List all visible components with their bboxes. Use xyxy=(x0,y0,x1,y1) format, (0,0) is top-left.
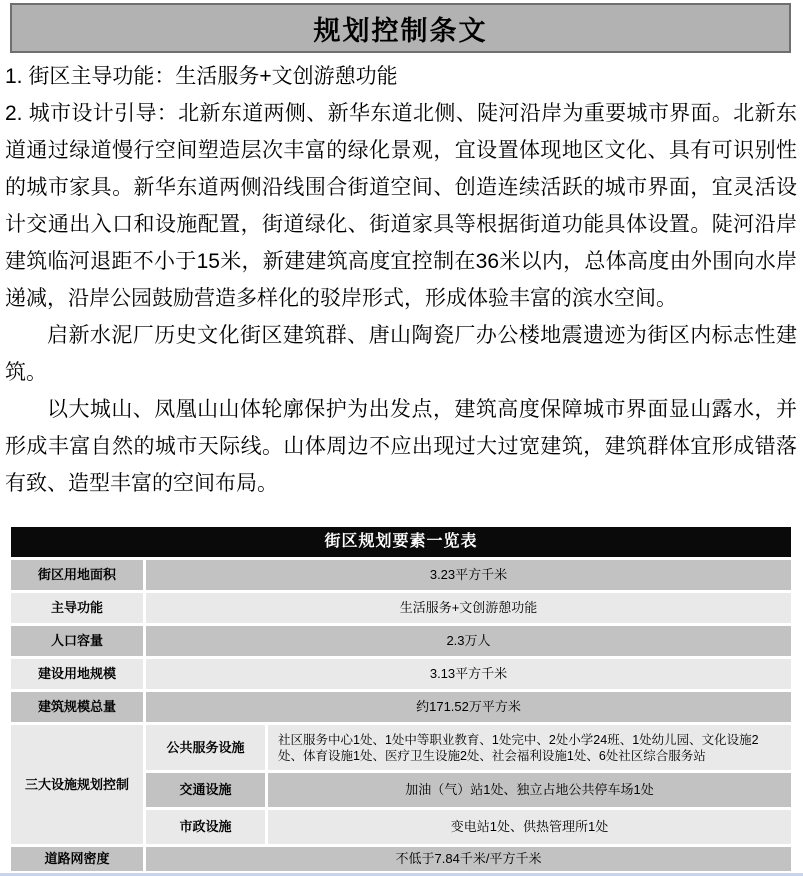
subrow-value-municipal: 变电站1处、供热管理所1处 xyxy=(268,810,791,844)
subrow-value-public-services: 社区服务中心1处、1处中等职业教育、1处完中、2处小学24班、1处幼儿园、文化设… xyxy=(268,725,791,770)
row-value-population: 2.3万人 xyxy=(146,626,791,656)
row-label-land-area: 街区用地面积 xyxy=(11,560,143,590)
row-label-facility-control: 三大设施规划控制 xyxy=(11,725,143,844)
row-value-land-area: 3.23平方千米 xyxy=(146,560,791,590)
row-label-population: 人口容量 xyxy=(11,626,143,656)
row-label-building-scale: 建筑规模总量 xyxy=(11,692,143,722)
paragraph-landmark-buildings: 启新水泥厂历史文化街区建筑群、唐山陶瓷厂办公楼地震遗迹为街区内标志性建筑。 xyxy=(5,317,797,391)
table-title: 街区规划要素一览表 xyxy=(11,527,791,557)
row-label-dominant-function: 主导功能 xyxy=(11,593,143,623)
row-value-dominant-function: 生活服务+文创游憩功能 xyxy=(146,593,791,623)
body-text: 1. 街区主导功能：生活服务+文创游憩功能 2. 城市设计引导：北新东道两侧、新… xyxy=(0,58,803,502)
subrow-label-municipal: 市政设施 xyxy=(146,810,265,844)
subrow-label-public-services: 公共服务设施 xyxy=(146,725,265,770)
row-value-road-density: 不低于7.84千米/平方千米 xyxy=(146,847,791,871)
subrow-value-transport: 加油（气）站1处、独立占地公共停车场1处 xyxy=(268,773,791,807)
row-value-building-scale: 约171.52万平方米 xyxy=(146,692,791,722)
paragraph-mountain-skyline: 以大城山、凤凰山山体轮廓保护为出发点，建筑高度保障城市界面显山露水，并形成丰富自… xyxy=(5,391,797,502)
row-label-construction-land: 建设用地规模 xyxy=(11,659,143,689)
row-value-construction-land: 3.13平方千米 xyxy=(146,659,791,689)
paragraph-main-function: 1. 街区主导功能：生活服务+文创游憩功能 xyxy=(5,58,797,95)
subrow-label-transport: 交通设施 xyxy=(146,773,265,807)
row-label-road-density: 道路网密度 xyxy=(11,847,143,871)
planning-elements-table: 街区规划要素一览表 街区用地面积 3.23平方千米 主导功能 生活服务+文创游憩… xyxy=(11,527,791,871)
paragraph-urban-design-guidance: 2. 城市设计引导：北新东道两侧、新华东道北侧、陡河沿岸为重要城市界面。北新东道… xyxy=(5,95,797,317)
page-title: 规划控制条文 xyxy=(10,3,791,53)
